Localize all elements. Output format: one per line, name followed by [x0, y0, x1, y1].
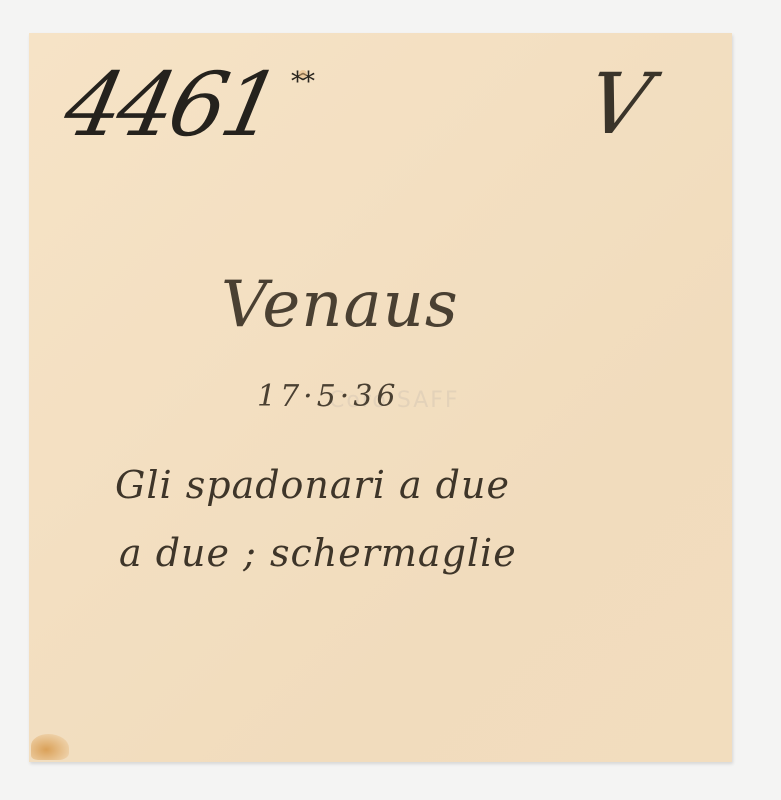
archival-card: 4461 ** V Coro SAFF Venaus 17·5·36 Gli s…	[29, 33, 732, 762]
caption-line-1: Gli spadonari a due	[115, 463, 510, 507]
catalog-number: 4461	[56, 53, 286, 156]
paper-stain	[31, 734, 69, 760]
paper-spot	[299, 70, 307, 78]
caption-line-2: a due ; schermaglie	[119, 531, 517, 575]
date: 17·5·36	[257, 379, 400, 414]
place-name: Venaus	[221, 268, 459, 342]
volume-letter: V	[580, 55, 658, 153]
